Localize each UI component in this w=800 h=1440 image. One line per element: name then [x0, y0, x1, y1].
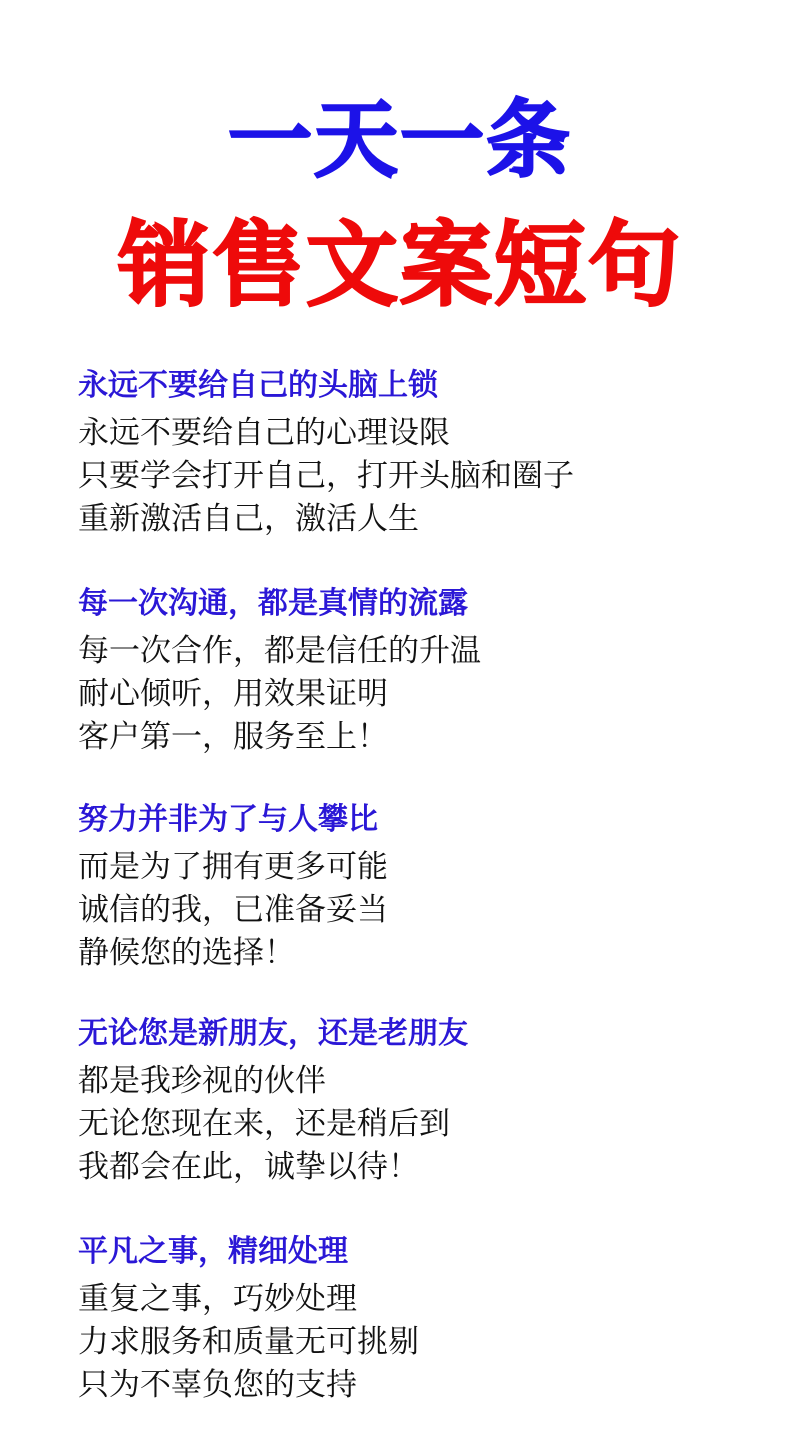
section-line: 诚信的我，已准备妥当 [78, 889, 778, 932]
section-line: 静候您的选择！ [78, 932, 778, 975]
section-5: 平凡之事，精细处理 重复之事，巧妙处理 力求服务和质量无可挑剔 只为不辜负您的支… [78, 1232, 778, 1407]
section-1: 永远不要给自己的头脑上锁 永远不要给自己的心理设限 只要学会打开自己，打开头脑和… [78, 366, 778, 541]
section-heading: 永远不要给自己的头脑上锁 [78, 366, 778, 406]
section-line: 重新激活自己，激活人生 [78, 498, 778, 541]
section-line: 都是我珍视的伙伴 [78, 1060, 778, 1103]
section-line: 只为不辜负您的支持 [78, 1364, 778, 1407]
section-3: 努力并非为了与人攀比 而是为了拥有更多可能 诚信的我，已准备妥当 静候您的选择！ [78, 800, 778, 975]
title-line-2: 销售文案短句 [0, 214, 800, 318]
section-2: 每一次沟通，都是真情的流露 每一次合作，都是信任的升温 耐心倾听，用效果证明 客… [78, 584, 778, 759]
section-4: 无论您是新朋友，还是老朋友 都是我珍视的伙伴 无论您现在来，还是稍后到 我都会在… [78, 1014, 778, 1189]
section-heading: 无论您是新朋友，还是老朋友 [78, 1014, 778, 1054]
title-line-1: 一天一条 [0, 92, 800, 188]
section-line: 重复之事，巧妙处理 [78, 1278, 778, 1321]
section-heading: 努力并非为了与人攀比 [78, 800, 778, 840]
section-line: 而是为了拥有更多可能 [78, 846, 778, 889]
section-line: 永远不要给自己的心理设限 [78, 412, 778, 455]
section-line: 只要学会打开自己，打开头脑和圈子 [78, 455, 778, 498]
section-line: 每一次合作，都是信任的升温 [78, 630, 778, 673]
section-line: 力求服务和质量无可挑剔 [78, 1321, 778, 1364]
section-heading: 每一次沟通，都是真情的流露 [78, 584, 778, 624]
section-line: 无论您现在来，还是稍后到 [78, 1103, 778, 1146]
section-line: 我都会在此，诚挚以待！ [78, 1146, 778, 1189]
section-line: 耐心倾听，用效果证明 [78, 673, 778, 716]
section-heading: 平凡之事，精细处理 [78, 1232, 778, 1272]
section-line: 客户第一，服务至上！ [78, 716, 778, 759]
